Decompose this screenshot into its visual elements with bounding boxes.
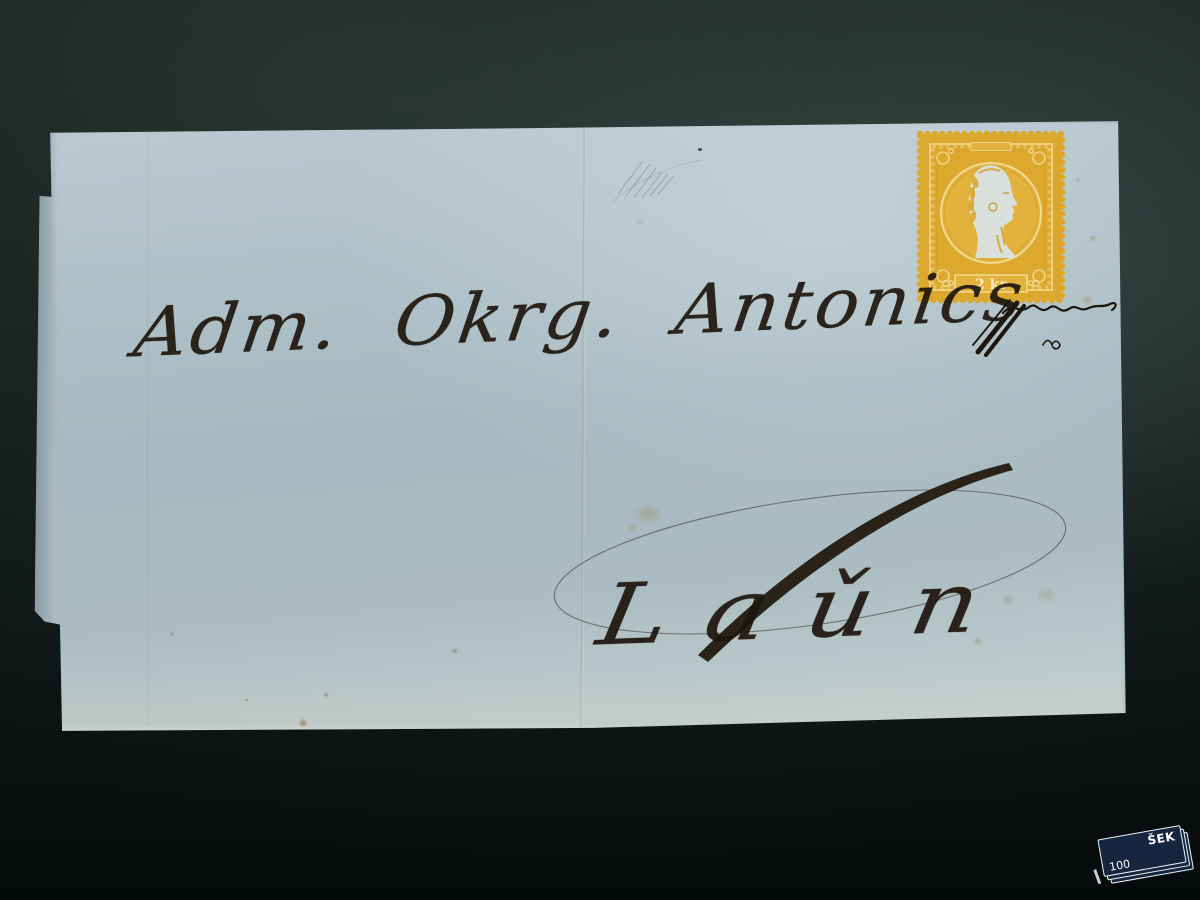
sek-label: ŠEK (1146, 829, 1176, 848)
destination-word: Laǔn (591, 551, 1026, 664)
pencil-smudge (598, 132, 728, 217)
value-label: 100 (1108, 857, 1131, 873)
stamp-medallion (941, 163, 1041, 263)
fold-crease-center (580, 118, 586, 734)
address-line: Adm. Okrg. Antonics (129, 257, 1030, 374)
ink-fleck (698, 148, 702, 151)
sek-watermark: ŠEK 100 (1088, 812, 1200, 900)
letter-cover: 2 kr Adm. Okrg. Antonics Laǔn (48, 118, 1130, 734)
emperor-portrait-icon (968, 165, 1018, 258)
photo-stage: 2 kr Adm. Okrg. Antonics Laǔn Š (0, 0, 1200, 900)
banknote-edge (1093, 869, 1101, 884)
fold-crease-left (147, 136, 149, 726)
